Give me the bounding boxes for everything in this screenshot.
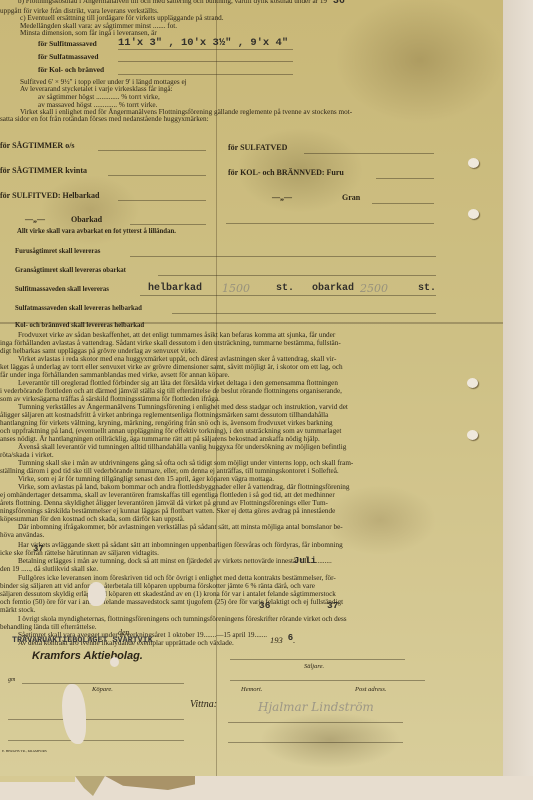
delivery-sulfat-rule [172, 313, 436, 314]
mark-sagtimmer-os-rule [98, 150, 206, 151]
paper-tear [110, 657, 119, 667]
paper-tear [62, 684, 86, 744]
witness-signature: Hjalmar Lindström [258, 700, 374, 714]
buyer-caption: Köpare. [92, 686, 113, 694]
dim-sulfit-label: för Sulfitmassaved [38, 40, 97, 48]
delivery-sulfit-helbarkad: helbarkad [148, 283, 202, 295]
delivery-sulfit-st-2: st. [418, 283, 436, 295]
mark-sagtimmer-os: för SÅGTIMMER o/s [0, 142, 75, 150]
delivery-sulfit-label: Sulfitmassaveden skall levereras [15, 286, 109, 294]
body-line: säljaren dessutom skyldig erlägga till k… [0, 590, 440, 598]
mark-sulfatved-rule [304, 153, 434, 154]
binder-hole [467, 378, 478, 388]
contract-body: Frodvuxet virke av sådan beskaffenhet, a… [0, 331, 440, 647]
body-line: Virke, som avlastas på land, bakom bomma… [18, 483, 458, 491]
body-line: och uppfraktning på land, (eventuellt an… [0, 427, 440, 435]
printer-imprint: E. BERGHS TR., KRAMFORS [2, 749, 47, 753]
body-line-payment: Betalning erlägges i mån av tumning, doc… [18, 557, 458, 565]
dim-sulfat-label: för Sulfatmassaved [38, 53, 98, 61]
payment-year: 37 [33, 545, 44, 553]
seller-signature-rule [230, 659, 405, 660]
body-line: Fullgöres icke leveransen inom föreskriv… [18, 574, 458, 582]
left-witness-rule-1 [8, 719, 184, 720]
contract-paper: b) Flottningskostnad i Ångermanälven til… [0, 0, 503, 776]
witness-rule-2 [228, 742, 403, 743]
binder-hole [468, 158, 479, 168]
delivery-sulfit-obarkad: obarkad [312, 283, 354, 295]
mark-sulfitved-helbarkad-rule [118, 200, 206, 201]
body-line: digt helbarkas samt uppläggas på grövre … [0, 347, 440, 355]
note-sagtimmer: av sågtimmer högst ............. % torrt… [38, 93, 160, 101]
buyer-den: den [118, 629, 130, 637]
body-line: Där inbomning ifrågakommer, bör avlastni… [18, 523, 458, 531]
witness-label: Vittna: [190, 699, 217, 711]
body-line: och femtio (50) öre för var i antalet fe… [0, 598, 440, 606]
body-line: anses nödigt. Är hantlangningen otillräc… [0, 435, 440, 443]
delivery-furu-rule [130, 256, 436, 257]
binder-hole [468, 209, 479, 219]
hemort-rule [230, 680, 425, 681]
body-line: Ävenså skall leverantör vid tumningen al… [18, 443, 458, 451]
paper-tear [88, 582, 106, 606]
body-line: Virke, som ej är för tumning tillgänglig… [18, 475, 458, 483]
body-line: köpesumman för den kostnad och skada, so… [0, 515, 440, 523]
left-witness-rule-2 [8, 740, 184, 741]
body-line: röta/skada i virket. [0, 451, 440, 459]
note-stycketal: Av leverarand stycketalet i varje virkes… [20, 85, 173, 93]
body-line: Frodvuxet virke av sådan beskaffenhet, a… [18, 331, 458, 339]
buyer-signature-rule [22, 683, 184, 684]
clause-b-year: 36 [333, 0, 345, 7]
mark-sulfitved-helbarkad: för SULFITVED: Helbarkad [0, 192, 99, 200]
delivery-gran: Gransågtimret skall levereras obarkat [15, 267, 126, 275]
body-line: höva användas. [0, 531, 440, 539]
buyer-stamp: TRÄVARUAKTIEBOLAGET SVARTVIK [12, 636, 153, 644]
delivery-sulfit-count-2: 2500 [360, 283, 388, 295]
mark-kol-furu: för KOL- och BRÄNNVED: Furu [228, 169, 344, 177]
body-line: behandling lända till efterrättelse. [0, 623, 440, 631]
mark-sagtimmer-kvinta-rule [108, 175, 206, 176]
body-line: I övrigt skola myndigheternas, flottning… [18, 615, 458, 623]
mark-sulfitved-obarkad-rule [130, 224, 206, 225]
body-line: ket läggas å underlag av torrt eller sen… [0, 363, 440, 371]
mark-right-blank-rule [226, 223, 434, 224]
body-line: Tumning skall ske i mån av utdrivningens… [18, 459, 458, 467]
clause-c: c) Eventuell ersättning till jordägare f… [20, 14, 224, 22]
body-line: årets flottning. Denna skyldighet åligge… [0, 499, 440, 507]
dim-sulfat-rule [118, 61, 293, 62]
season-start-year: 36 [259, 602, 270, 610]
body-line: icke ske förrän rättelse härutinnan av s… [0, 549, 440, 557]
paper-fragment [0, 776, 75, 782]
delivery-sulfit-rule [140, 295, 436, 296]
scan-background-right [503, 0, 533, 800]
delivery-furu: Furusågtimret skall levereras [15, 248, 100, 256]
binder-hole [467, 430, 478, 440]
dim-sulfit-rule [118, 49, 293, 50]
mark-kol-gran-rule [372, 203, 434, 204]
delivery-gran-rule [158, 275, 436, 276]
note-marking-2: satta sidor en fot från rotändan förses … [0, 115, 209, 123]
body-line: ställning därom i god tid ske till veder… [0, 467, 440, 475]
contract-date: 1936. [270, 634, 295, 644]
buyer-company: Kramfors Aktiebolag. [32, 650, 143, 663]
mark-sulfitved-obarkad: —„—Obarkad [25, 216, 102, 224]
delivery-sulfit-st-1: st. [276, 283, 294, 295]
body-line: åligger säljaren att kostnadsfritt å vir… [0, 411, 440, 419]
body-line: Har virkets avläggande skett på sådant s… [18, 541, 458, 549]
body-line: hantlangning för virkets vältning, kryni… [0, 419, 440, 427]
delivery-sulfat: Sulfatmassaveden skall levereras helbark… [15, 305, 142, 313]
body-line: ningsförenings särskilda bestämmelser ej… [0, 507, 440, 515]
body-line: märkt stock. [0, 606, 440, 614]
mark-sagtimmer-kvinta: för SÅGTIMMER kvinta [0, 167, 87, 175]
min-dimension: Minsta dimension, som får ingå i leveran… [20, 29, 157, 37]
body-line: binder sig säljaren att vid anfordran åt… [0, 582, 440, 590]
marks-footnote: Allt virke skall vara avbarkat en fot yt… [17, 228, 176, 236]
mark-kol-gran: —„—Gran [272, 194, 360, 202]
body-line: Leverantör till oreglerad flottled förbi… [18, 379, 458, 387]
om-label: gm [8, 676, 15, 684]
clause-b: b) Flottningskostnad i Ångermanälven til… [18, 0, 345, 6]
dim-kol-label: för Kol- och bränved [38, 66, 104, 74]
body-line: ej omhändertager detsamma, skall av leve… [0, 491, 440, 499]
body-line: i vederbörande flottleden och att därmed… [0, 387, 440, 395]
mark-kol-furu-rule [376, 178, 434, 179]
seller-caption: Säljare. [304, 663, 324, 671]
body-line: som av virkesägarna träffas å särskild f… [0, 395, 440, 403]
body-line: får under inga förhållanden sammanblanda… [0, 371, 440, 379]
mark-sulfatved: för SULFATVED [228, 144, 287, 152]
body-line-payment-due: den 19 ....., då slutlikvid skall ske. [0, 565, 440, 573]
dim-kol-rule [118, 74, 293, 75]
body-line: inga förhållanden avlastas å vattendrag.… [0, 339, 440, 347]
postadress-caption: Post adress. [355, 686, 387, 694]
hemort-caption: Hemort. [241, 686, 262, 694]
delivery-kol: Kol- och brännved skall levereras helbar… [15, 322, 144, 330]
season-end-year: 37 [327, 602, 338, 610]
witness-rule-1 [228, 722, 403, 723]
body-line: Virket avlastas i reda skotor med ena hu… [18, 355, 458, 363]
dim-sulfit-value: 11'x 3" , 10'x 3½" , 9'x 4" [118, 37, 288, 49]
body-line: Tumning verkställes av Ångermanälvens Tu… [18, 403, 458, 411]
delivery-sulfit-count-1: 1500 [222, 283, 250, 295]
